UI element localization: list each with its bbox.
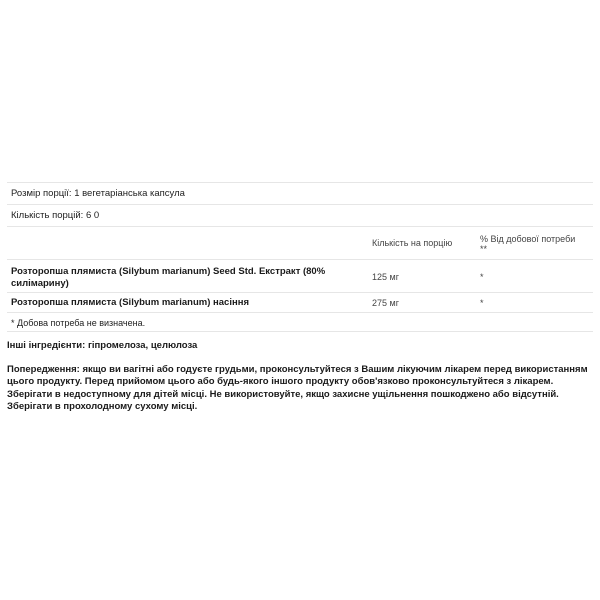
servings-count-row: Кількість порцій: 6 0	[7, 204, 593, 226]
footnote-text: * Добова потреба не визначена.	[11, 317, 145, 329]
warning-block: Попередження: якщо ви вагітні або годуєт…	[7, 364, 593, 413]
header-daily-value-marker: **	[480, 245, 588, 253]
table-header-row: Кількість на порцію % Від добової потреб…	[7, 226, 593, 259]
ingredient-amount: 275 мг	[368, 297, 480, 309]
ingredient-daily-value: *	[480, 297, 588, 309]
header-daily-value: % Від добової потреби **	[480, 233, 588, 253]
supplement-facts-table: Розмір порції: 1 вегетаріанська капсула …	[7, 182, 593, 332]
table-row: Розторопша плямиста (Silybum marianum) н…	[7, 292, 593, 312]
footnote-row: * Добова потреба не визначена.	[7, 312, 593, 332]
table-row: Розторопша плямиста (Silybum marianum) S…	[7, 259, 593, 292]
servings-count-label: Кількість порцій: 6 0	[11, 210, 99, 222]
serving-size-row: Розмір порції: 1 вегетаріанська капсула	[7, 182, 593, 204]
serving-size-label: Розмір порції: 1 вегетаріанська капсула	[11, 188, 185, 200]
ingredient-daily-value: *	[480, 266, 588, 283]
ingredient-amount: 125 мг	[368, 266, 480, 283]
ingredient-name: Розторопша плямиста (Silybum marianum) S…	[7, 266, 368, 290]
warning-line: Зберігати в прохолодному сухому місці.	[7, 401, 593, 413]
warning-line: Попередження: якщо ви вагітні або годуєт…	[7, 364, 593, 376]
other-ingredients: Інші інгредієнти: гіпромелоза, целюлоза	[7, 340, 593, 352]
warning-line: цього продукту. Перед прийомом цього або…	[7, 376, 593, 388]
header-amount: Кількість на порцію	[368, 233, 480, 249]
header-daily-value-label: % Від добової потреби	[480, 234, 575, 244]
ingredient-name: Розторопша плямиста (Silybum marianum) н…	[7, 297, 368, 309]
warning-line: Зберігати в недоступному для дітей місці…	[7, 389, 593, 401]
